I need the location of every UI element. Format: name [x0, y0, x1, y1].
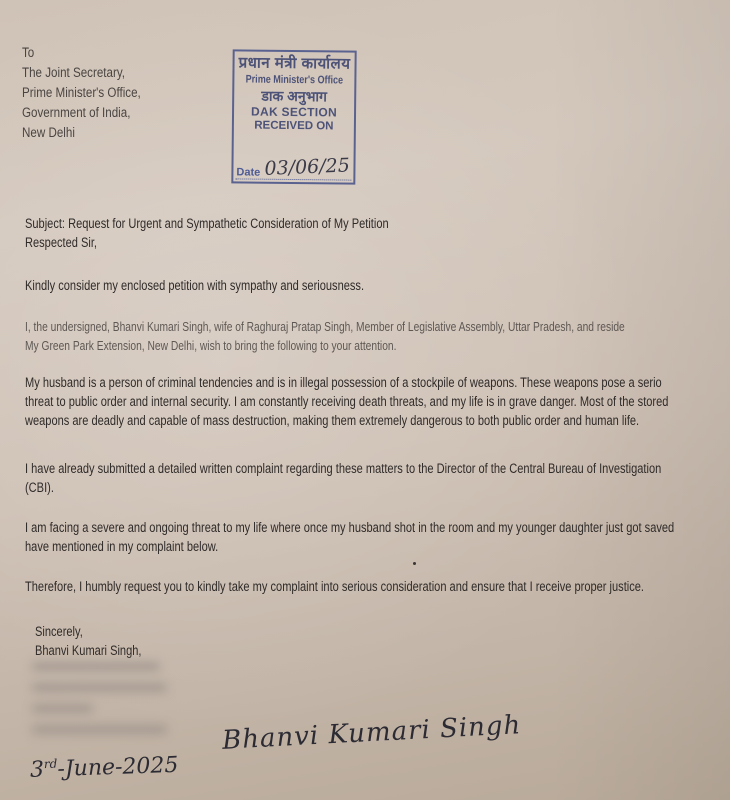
paragraph-5: I am facing a severe and ongoing threat …	[25, 518, 674, 556]
stamp-section: DAK SECTION	[234, 104, 354, 119]
paragraph-line: (CBI).	[25, 478, 661, 497]
closing: Sincerely,	[35, 622, 83, 641]
sender-name: Bhanvi Kumari Singh,	[35, 641, 141, 660]
recipient-line: To	[22, 43, 141, 63]
stamp-date-row: Date 03/06/25	[235, 147, 351, 180]
stamp-english-title: Prime Minister's Office	[245, 72, 344, 87]
recipient-line: The Joint Secretary,	[22, 63, 141, 83]
recipient-line: New Delhi	[22, 123, 141, 143]
paragraph-line: Therefore, I humbly request you to kindl…	[25, 577, 644, 596]
paragraph-4: I have already submitted a detailed writ…	[25, 459, 661, 497]
paragraph-1: Kindly consider my enclosed petition wit…	[25, 276, 364, 295]
paragraph-line: Kindly consider my enclosed petition wit…	[25, 276, 364, 295]
paragraph-line: My husband is a person of criminal tende…	[25, 373, 668, 392]
salutation: Respected Sir,	[25, 233, 97, 252]
paragraph-line: I have already submitted a detailed writ…	[25, 459, 661, 478]
stamp-hindi-section: डाक अनुभाग	[234, 86, 354, 105]
subject-line: Subject: Request for Urgent and Sympathe…	[25, 214, 389, 233]
date-suffix: rd	[44, 757, 58, 771]
recipient-line: Government of India,	[22, 103, 141, 123]
date-rest: -June-2025	[57, 753, 179, 782]
paragraph-3: My husband is a person of criminal tende…	[25, 373, 668, 430]
recipient-address: To The Joint Secretary, Prime Minister's…	[22, 43, 141, 143]
stamp-date-value: 03/06/25	[264, 154, 350, 180]
paragraph-2: I, the undersigned, Bhanvi Kumari Singh,…	[25, 318, 625, 356]
paragraph-line: weapons are deadly and capable of mass d…	[25, 411, 668, 430]
paragraph-line: My Green Park Extension, New Delhi, wish…	[25, 337, 625, 356]
date-day: 3	[30, 757, 45, 782]
paragraph-line: I, the undersigned, Bhanvi Kumari Singh,…	[25, 318, 625, 337]
stamp-received: RECEIVED ON	[234, 118, 354, 133]
received-stamp: प्रधान मंत्री कार्यालय Prime Minister's …	[231, 49, 356, 184]
paragraph-6: Therefore, I humbly request you to kindl…	[25, 577, 644, 596]
paragraph-line: I am facing a severe and ongoing threat …	[25, 518, 674, 537]
paragraph-line: have mentioned in my complaint below.	[25, 537, 674, 556]
handwritten-signature: Bhanvi Kumari Singh	[221, 710, 522, 756]
stamp-hindi-title: प्रधान मंत्री कार्यालय	[234, 54, 354, 73]
redacted-address	[32, 662, 167, 754]
ink-speck	[413, 562, 416, 565]
recipient-line: Prime Minister's Office,	[22, 83, 141, 103]
paragraph-line: threat to public order and internal secu…	[25, 392, 668, 411]
handwritten-date: 3rd-June-2025	[30, 752, 179, 782]
